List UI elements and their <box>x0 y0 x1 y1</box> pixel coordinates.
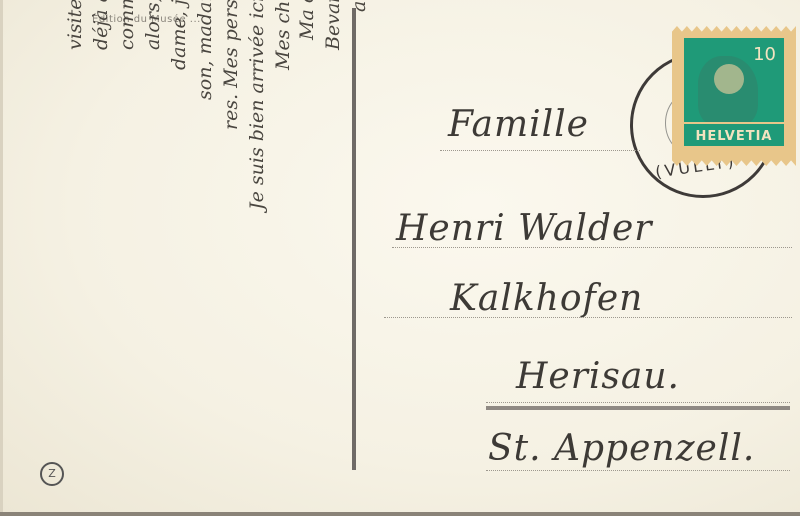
stamp-face-icon <box>714 64 744 94</box>
publisher-logo-icon: Z <box>40 462 64 486</box>
message-line: Bevaix, le 20. VII. 1930. <box>322 0 344 50</box>
address-line-1: Famille <box>448 104 589 145</box>
center-divider-line <box>352 8 356 470</box>
address-line-4: Herisau. <box>516 356 680 397</box>
address-line-3: Kalkhofen <box>450 278 643 319</box>
card-edge-bottom <box>0 512 800 516</box>
message-line: dame, j'ai pleuré tous écrite, <box>168 0 190 70</box>
address-rule <box>486 470 790 471</box>
address-rule <box>384 317 792 318</box>
message-line: Mes chers parents, <box>272 0 294 70</box>
message-line: Ma chère Gritli... nous étions <box>296 0 318 40</box>
message-line: alors, je ne vous pas bien pour re- <box>142 0 164 50</box>
stamp-value: 10 <box>753 44 776 65</box>
address-line-2: Henri Walder <box>396 208 652 249</box>
message-area: auf dem Mönchenrausch zum Bad. Bevaix, l… <box>0 10 450 480</box>
address-underline <box>486 406 790 410</box>
message-line: res. Mes personnes est été à la mai- <box>220 0 242 130</box>
stamp-country: HELVETIA <box>684 129 784 144</box>
message-line: son, madame. Je j'ai eu d'abord <box>194 0 216 100</box>
stamp-design: 10 HELVETIA <box>684 38 784 146</box>
address-rule <box>392 247 792 248</box>
message-line: commencer. Nous avons compris à la <box>116 0 138 50</box>
message-line: Je suis bien arrivée ici à 5 heu- <box>246 0 268 210</box>
address-rule <box>486 402 790 403</box>
message-line: visite. Ich habe schon ein Telleschenwas… <box>64 0 86 50</box>
postage-stamp: 10 HELVETIA <box>672 26 796 166</box>
message-line: déjà quelques choses, une petite <box>90 0 112 50</box>
address-line-5: St. Appenzell. <box>488 428 755 469</box>
postcard-back: Edition du Musée ... auf dem Mönchenraus… <box>0 0 800 516</box>
address-rule <box>440 150 640 151</box>
